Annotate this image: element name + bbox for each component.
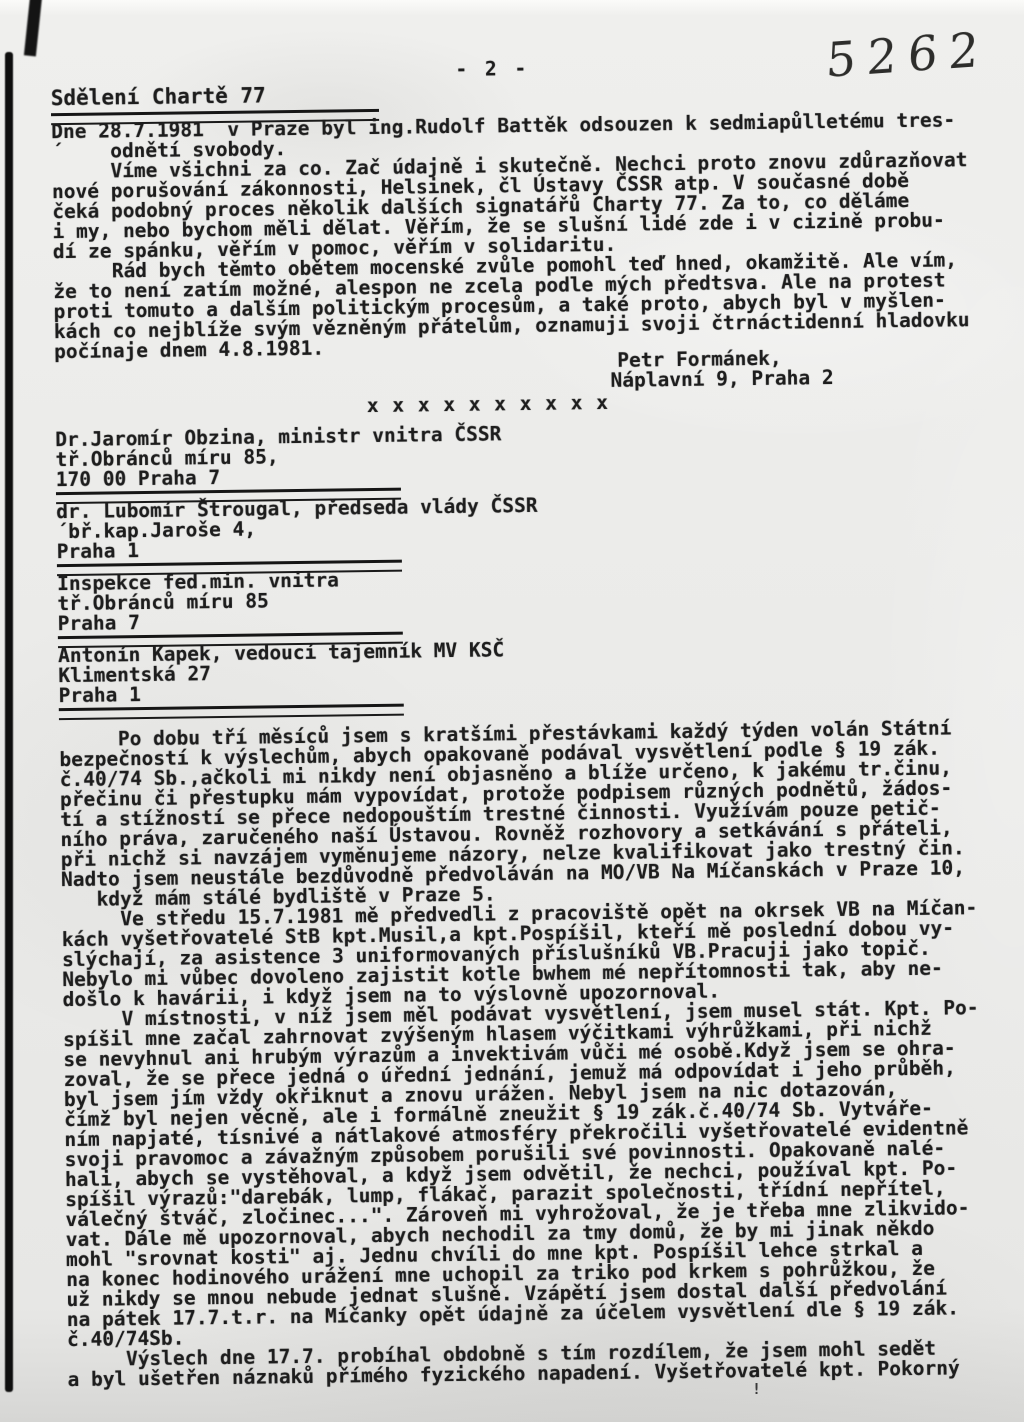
paragraph-po-dobu: Po dobu tří měsíců jsem s kratšími přest… [59, 718, 965, 910]
addressee-block-kapek: Antonín Kapek, vedoucí tajemník MV KSČKl… [58, 640, 505, 720]
paragraph-vyslech: Výslech dne 17.7. probíhal obdobně s tím… [67, 1338, 960, 1390]
addressee-lines: Inspekce fed.min. vnitratř.Obránců míru … [57, 570, 403, 635]
document-body: - 2 - Sdělení Chartě 77 Dne 28.7.1981 v … [50, 0, 1009, 1422]
left-edge-scan-artifact [5, 52, 13, 1392]
paragraph-rad-bych: Rád bych těmto obětem mocenské zvůle pom… [53, 250, 970, 362]
text-line: Praha 1 [57, 536, 539, 562]
addressee-lines: Dr.Jaromír Obzina, ministr vnitra ČSSRtř… [55, 424, 502, 490]
addressee-block-inspekce: Inspekce fed.min. vnitratř.Obránců míru … [57, 570, 403, 649]
document-title: Sdělení Chartě 77 [51, 83, 266, 110]
paragraph-vime-vsichni: Víme všichni za co. Zač údajně i skutečn… [52, 150, 969, 262]
text-line: Praha 7 [58, 610, 403, 635]
page-number: - 2 - [455, 57, 529, 81]
x-separator-row: x x x x x x x x x x [367, 391, 609, 417]
addressee-block-obzina: Dr.Jaromír Obzina, ministr vnitra ČSSRtř… [55, 424, 502, 504]
stray-ink-mark: ! [752, 1380, 761, 1398]
addressee-lines: Antonín Kapek, vedoucí tajemník MV KSČKl… [58, 640, 505, 706]
paragraph-v-mistnosti: V místnosti, v níž jsem měl podávat vysv… [63, 998, 983, 1350]
paragraph-ve-stredu: Ve středu 15.7.1981 mě předvedli z praco… [61, 898, 978, 1010]
signature-address: Náplavní 9, Praha 2 [610, 368, 833, 391]
scanned-document-page: 5262 - 2 - Sdělení Chartě 77 Dne 28.7.19… [0, 0, 1024, 1422]
text-line: 170 00 Praha 7 [56, 464, 502, 490]
addressee-block-strougal: dr. Lubomír Štrougal, předseda vlády ČSS… [56, 496, 538, 576]
addressee-lines: dr. Lubomír Štrougal, předseda vlády ČSS… [56, 496, 538, 562]
top-left-scan-artifact [24, 0, 42, 56]
text-line: Praha 1 [58, 680, 504, 706]
